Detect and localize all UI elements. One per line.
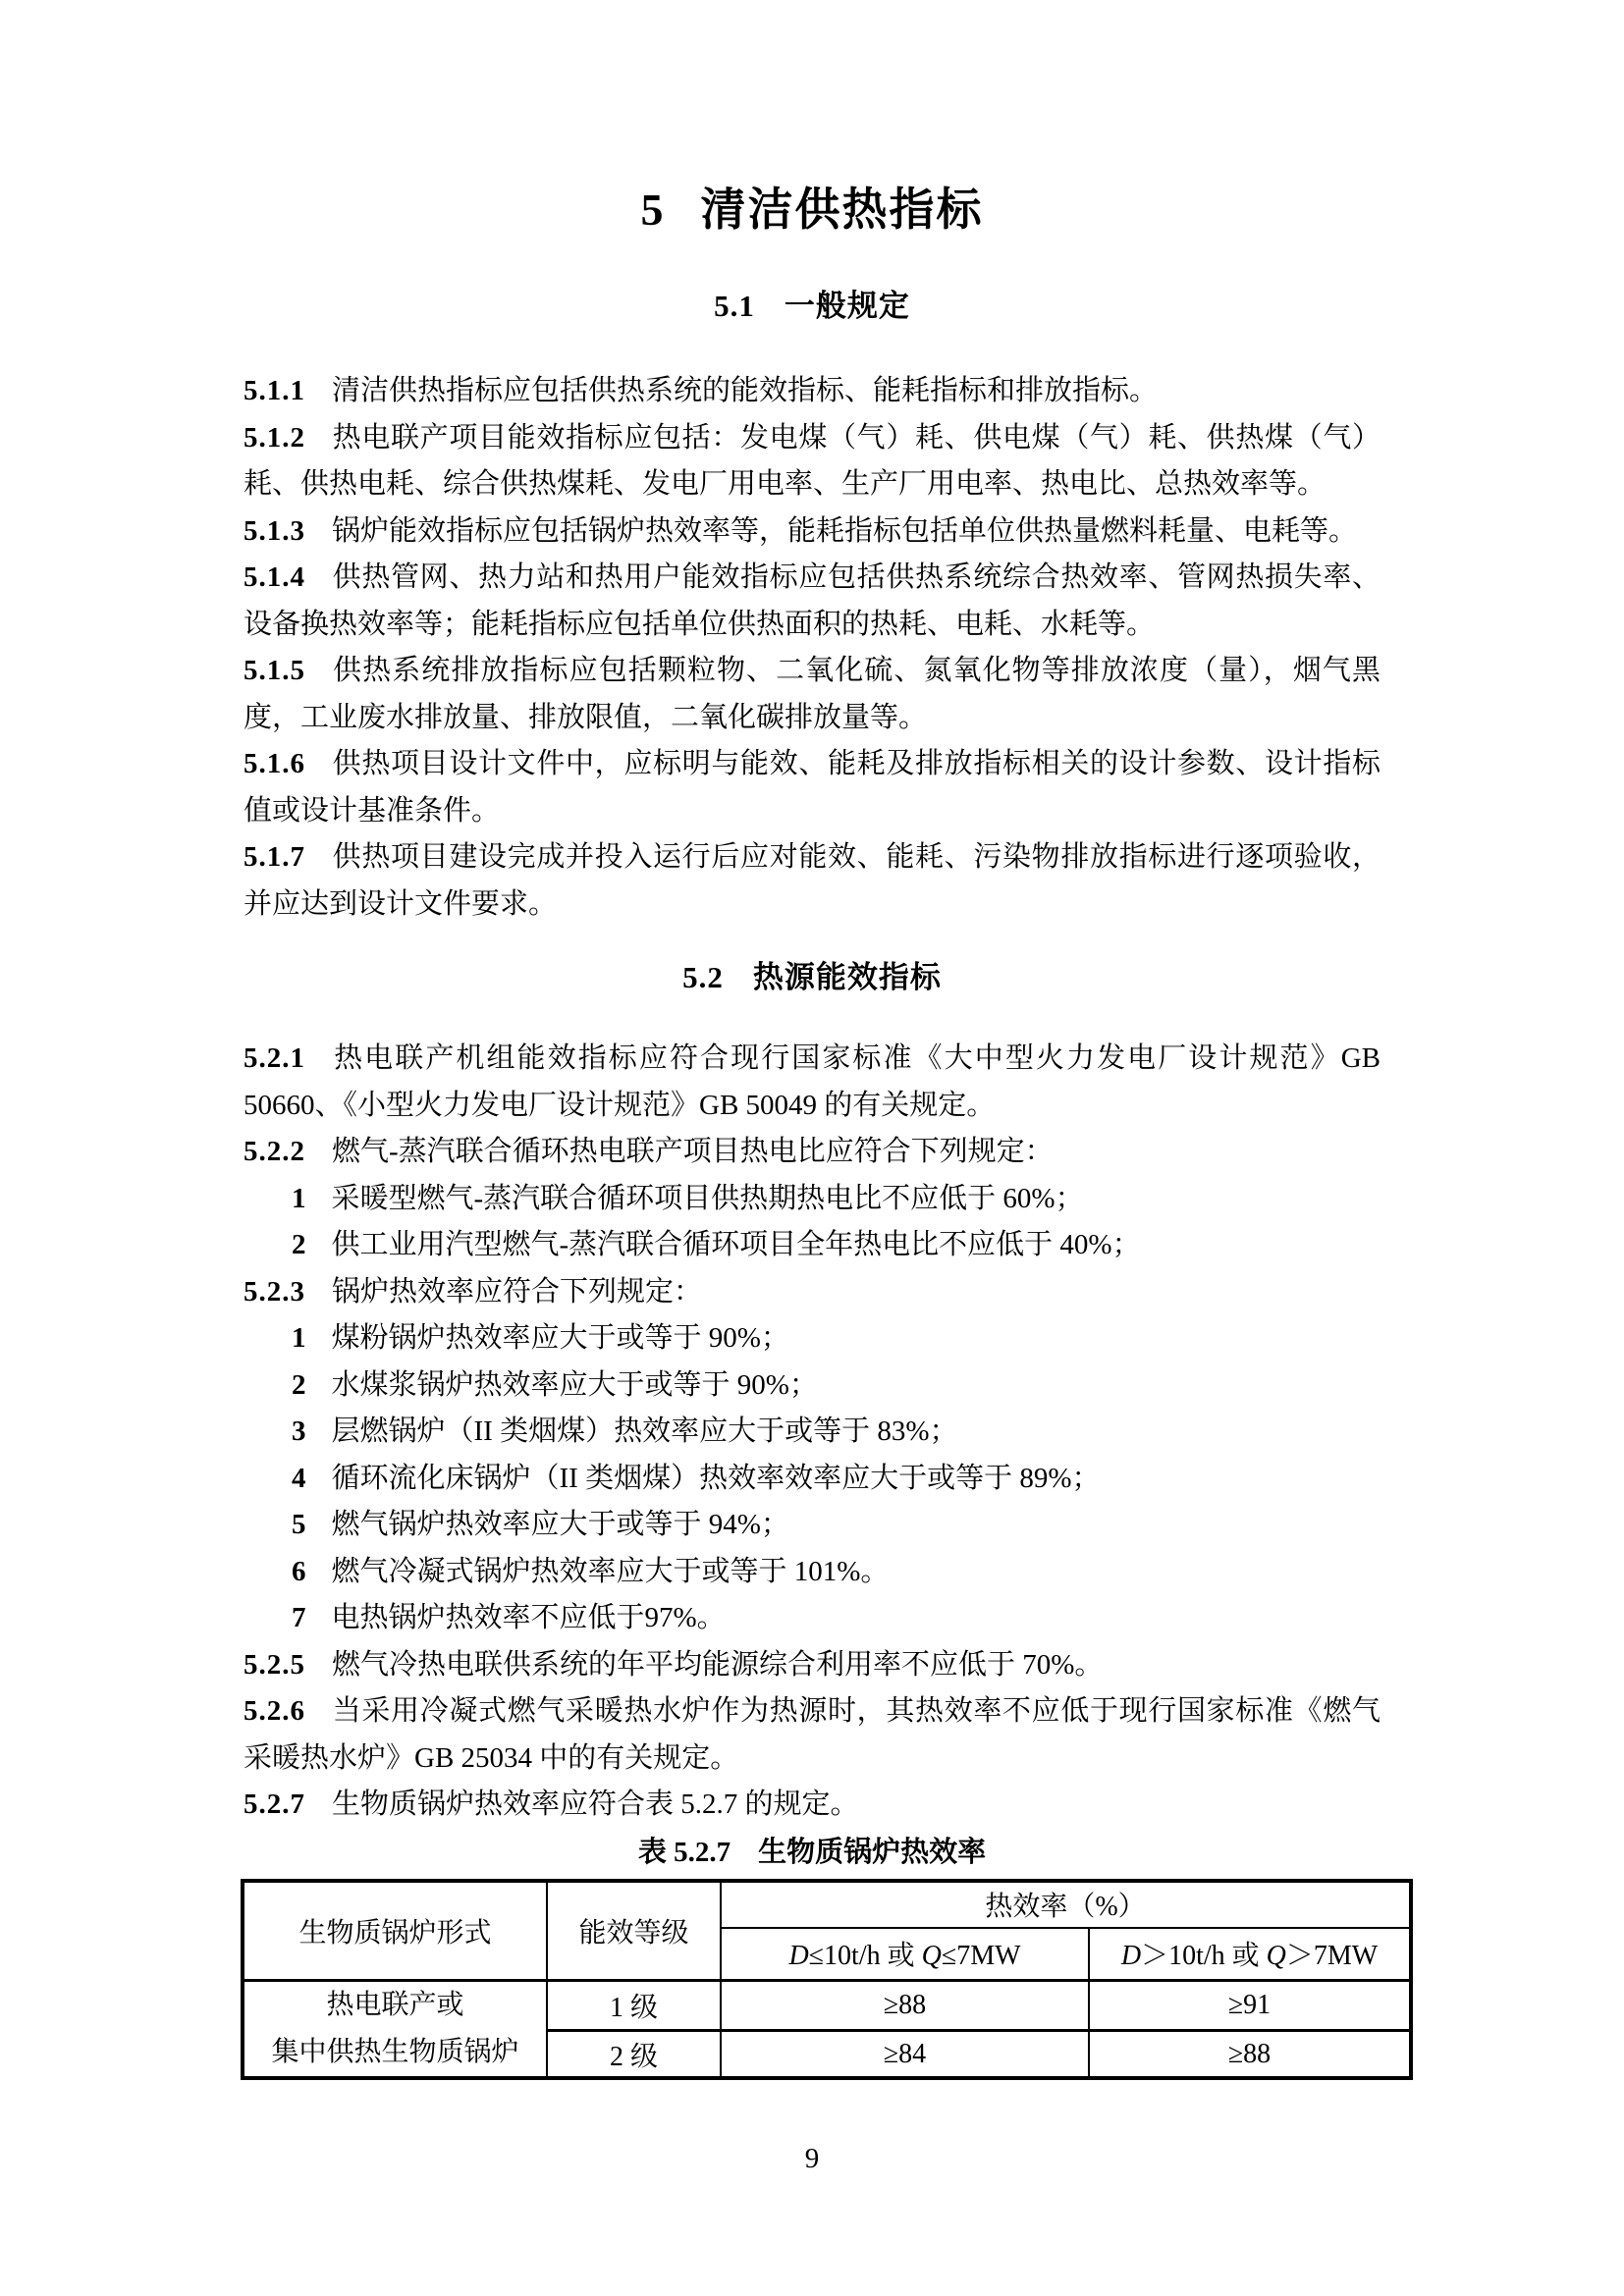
clause-text: 当采用冷凝式燃气采暖热水炉作为热源时，其热效率不应低于现行国家标准《燃气采暖热水… <box>244 1695 1380 1774</box>
clause-number: 5.1.6 <box>244 748 305 779</box>
clause-5-2-3-item-6: 6燃气冷凝式锅炉热效率应大于或等于 101%。 <box>244 1549 1380 1596</box>
subheader-text: ＞7MW <box>1286 1941 1378 1971</box>
clause-number: 5.1.3 <box>244 515 305 547</box>
chapter-heading: 5清洁供热指标 <box>244 183 1380 238</box>
clause-5-2-5: 5.2.5燃气冷热电联供系统的年平均能源综合利用率不应低于 70%。 <box>244 1642 1380 1689</box>
table-header-row: 生物质锅炉形式 能效等级 热效率（%） <box>243 1881 1411 1928</box>
cell-boiler-type: 热电联产或集中供热生物质锅炉 <box>243 1981 547 2079</box>
clause-5-2-2: 5.2.2燃气-蒸汽联合循环热电联产项目热电比应符合下列规定： <box>244 1129 1380 1176</box>
item-number: 1 <box>292 1183 306 1214</box>
subheader-small-capacity: D≤10t/h 或 Q≤7MW <box>721 1928 1089 1981</box>
cell-grade: 1 级 <box>547 1981 721 2031</box>
item-number: 2 <box>292 1229 306 1260</box>
table-row-grade-1: 热电联产或集中供热生物质锅炉 1 级 ≥88 ≥91 <box>243 1981 1411 2031</box>
clause-number: 5.2.1 <box>244 1042 305 1074</box>
clause-number: 5.2.7 <box>244 1789 305 1820</box>
clause-5-2-2-item-2: 2供工业用汽型燃气-蒸汽联合循环项目全年热电比不应低于 40%； <box>244 1222 1380 1269</box>
section-5-1-title: 一般规定 <box>785 289 910 323</box>
item-text: 电热锅炉热效率不应低于97%。 <box>332 1602 726 1633</box>
cell-efficiency-large: ≥88 <box>1089 2031 1411 2078</box>
item-text: 燃气锅炉热效率应大于或等于 94%； <box>332 1509 789 1540</box>
clause-5-1-5: 5.1.5供热系统排放指标应包括颗粒物、二氧化硫、氮氧化物等排放浓度（量），烟气… <box>244 648 1380 741</box>
item-text: 煤粉锅炉热效率应大于或等于 90%； <box>332 1322 789 1354</box>
cell-grade: 2 级 <box>547 2031 721 2078</box>
item-number: 5 <box>292 1509 306 1540</box>
clause-text: 热电联产项目能效指标应包括：发电煤（气）耗、供电煤（气）耗、供热煤（气）耗、供热… <box>244 422 1380 501</box>
header-boiler-type: 生物质锅炉形式 <box>243 1881 547 1981</box>
clause-5-1-7: 5.1.7供热项目建设完成并投入运行后应对能效、能耗、污染物排放指标进行逐项验收… <box>244 834 1380 928</box>
section-5-2-number: 5.2 <box>682 960 724 994</box>
clause-number: 5.2.2 <box>244 1136 305 1167</box>
subheader-text: ≤10t/h 或 <box>809 1941 922 1971</box>
clause-5-1-2: 5.1.2热电联产项目能效指标应包括：发电煤（气）耗、供电煤（气）耗、供热煤（气… <box>244 415 1380 508</box>
clause-5-1-6: 5.1.6供热项目设计文件中，应标明与能效、能耗及排放指标相关的设计参数、设计指… <box>244 741 1380 834</box>
page-content: 5清洁供热指标 5.1一般规定 5.1.1清洁供热指标应包括供热系统的能效指标、… <box>0 183 1412 2178</box>
section-5-1-number: 5.1 <box>714 289 755 323</box>
boiler-type-line-1: 热电联产或 <box>244 1982 546 2029</box>
item-text: 燃气冷凝式锅炉热效率应大于或等于 101%。 <box>332 1556 890 1587</box>
clause-text: 供热管网、热力站和热用户能效指标应包括供热系统综合热效率、管网热损失率、设备换热… <box>244 561 1380 640</box>
clause-5-1-4: 5.1.4供热管网、热力站和热用户能效指标应包括供热系统综合热效率、管网热损失率… <box>244 555 1380 648</box>
symbol-Q: Q <box>922 1941 942 1971</box>
table-caption: 表 5.2.7生物质锅炉热效率 <box>244 1832 1380 1873</box>
clause-5-2-3-item-2: 2水煤浆锅炉热效率应大于或等于 90%； <box>244 1362 1380 1410</box>
clause-text: 燃气冷热电联供系统的年平均能源综合利用率不应低于 70%。 <box>332 1649 1103 1681</box>
table-caption-number: 表 5.2.7 <box>638 1837 731 1868</box>
section-5-2-title: 热源能效指标 <box>753 960 942 994</box>
header-efficiency-grade: 能效等级 <box>547 1881 721 1981</box>
clause-number: 5.1.7 <box>244 841 305 873</box>
subheader-large-capacity: D＞10t/h 或 Q＞7MW <box>1089 1928 1411 1981</box>
clause-5-2-7: 5.2.7生物质锅炉热效率应符合表 5.2.7 的规定。 <box>244 1782 1380 1829</box>
clause-text: 热电联产机组能效指标应符合现行国家标准《大中型火力发电厂设计规范》GB 5066… <box>244 1042 1380 1121</box>
document-page: 5清洁供热指标 5.1一般规定 5.1.1清洁供热指标应包括供热系统的能效指标、… <box>0 0 1624 2296</box>
symbol-Q: Q <box>1267 1941 1286 1971</box>
item-number: 3 <box>292 1415 306 1447</box>
item-text: 层燃锅炉（II 类烟煤）热效率应大于或等于 83%； <box>332 1415 958 1447</box>
boiler-type-line-2: 集中供热生物质锅炉 <box>244 2029 546 2076</box>
clause-5-2-3-item-3: 3层燃锅炉（II 类烟煤）热效率应大于或等于 83%； <box>244 1409 1380 1456</box>
clause-5-2-3-item-1: 1煤粉锅炉热效率应大于或等于 90%； <box>244 1315 1380 1362</box>
item-number: 6 <box>292 1556 306 1587</box>
item-text: 采暖型燃气-蒸汽联合循环项目供热期热电比不应低于 60%； <box>332 1183 1084 1214</box>
clause-5-2-3-item-5: 5燃气锅炉热效率应大于或等于 94%； <box>244 1502 1380 1549</box>
clause-number: 5.2.3 <box>244 1276 305 1308</box>
clause-text: 清洁供热指标应包括供热系统的能效指标、能耗指标和排放指标。 <box>332 375 1158 406</box>
clause-number: 5.1.1 <box>244 375 305 406</box>
clause-text: 供热项目设计文件中，应标明与能效、能耗及排放指标相关的设计参数、设计指标值或设计… <box>244 748 1380 827</box>
subheader-text: ＞10t/h 或 <box>1141 1941 1267 1971</box>
item-number: 1 <box>292 1322 306 1354</box>
cell-efficiency-small: ≥84 <box>721 2031 1089 2078</box>
clause-text: 燃气-蒸汽联合循环热电联产项目热电比应符合下列规定： <box>332 1136 1054 1167</box>
clause-number: 5.1.4 <box>244 561 305 593</box>
chapter-number: 5 <box>641 185 666 235</box>
table-caption-title: 生物质锅炉热效率 <box>758 1837 986 1868</box>
clause-number: 5.1.2 <box>244 422 305 454</box>
subheader-text: ≤7MW <box>942 1941 1021 1971</box>
cell-efficiency-large: ≥91 <box>1089 1981 1411 2031</box>
item-text: 供工业用汽型燃气-蒸汽联合循环项目全年热电比不应低于 40%； <box>332 1229 1141 1260</box>
cell-efficiency-small: ≥88 <box>721 1981 1089 2031</box>
section-5-1-body: 5.1.1清洁供热指标应包括供热系统的能效指标、能耗指标和排放指标。 5.1.2… <box>244 368 1412 928</box>
clause-5-2-3-item-4: 4循环流化床锅炉（II 类烟煤）热效率效率应大于或等于 89%； <box>244 1456 1380 1503</box>
symbol-D: D <box>1121 1941 1141 1971</box>
item-text: 水煤浆锅炉热效率应大于或等于 90%； <box>332 1369 818 1401</box>
clause-5-2-2-item-1: 1采暖型燃气-蒸汽联合循环项目供热期热电比不应低于 60%； <box>244 1176 1380 1223</box>
item-number: 7 <box>292 1602 306 1633</box>
clause-5-2-3: 5.2.3锅炉热效率应符合下列规定： <box>244 1269 1380 1316</box>
header-thermal-efficiency: 热效率（%） <box>721 1881 1411 1928</box>
item-text: 循环流化床锅炉（II 类烟煤）热效率效率应大于或等于 89%； <box>332 1463 1101 1494</box>
clause-number: 5.1.5 <box>244 655 305 686</box>
section-5-2-heading: 5.2热源能效指标 <box>244 958 1380 997</box>
clause-text: 生物质锅炉热效率应符合表 5.2.7 的规定。 <box>332 1789 859 1820</box>
biomass-boiler-efficiency-table: 生物质锅炉形式 能效等级 热效率（%） D≤10t/h 或 Q≤7MW D＞10… <box>241 1879 1413 2081</box>
clause-text: 供热项目建设完成并投入运行后应对能效、能耗、污染物排放指标进行逐项验收，并应达到… <box>244 841 1380 920</box>
chapter-title: 清洁供热指标 <box>701 185 984 235</box>
clause-5-2-6: 5.2.6当采用冷凝式燃气采暖热水炉作为热源时，其热效率不应低于现行国家标准《燃… <box>244 1688 1380 1782</box>
clause-number: 5.2.5 <box>244 1649 305 1681</box>
item-number: 4 <box>292 1463 306 1494</box>
section-5-1-heading: 5.1一般规定 <box>244 287 1380 326</box>
clause-number: 5.2.6 <box>244 1695 305 1727</box>
clause-text: 锅炉能效指标应包括锅炉热效率等，能耗指标包括单位供热量燃料耗量、电耗等。 <box>332 515 1357 547</box>
clause-5-1-1: 5.1.1清洁供热指标应包括供热系统的能效指标、能耗指标和排放指标。 <box>244 368 1380 415</box>
clause-5-2-3-item-7: 7电热锅炉热效率不应低于97%。 <box>244 1595 1380 1642</box>
clause-text: 供热系统排放指标应包括颗粒物、二氧化硫、氮氧化物等排放浓度（量），烟气黑度，工业… <box>244 655 1380 733</box>
symbol-D: D <box>788 1941 808 1971</box>
section-5-2-body: 5.2.1热电联产机组能效指标应符合现行国家标准《大中型火力发电厂设计规范》GB… <box>244 1036 1412 1829</box>
clause-5-2-1: 5.2.1热电联产机组能效指标应符合现行国家标准《大中型火力发电厂设计规范》GB… <box>244 1036 1380 1129</box>
item-number: 2 <box>292 1369 306 1401</box>
clause-5-1-3: 5.1.3锅炉能效指标应包括锅炉热效率等，能耗指标包括单位供热量燃料耗量、电耗等… <box>244 508 1380 556</box>
clause-text: 锅炉热效率应符合下列规定： <box>332 1276 702 1308</box>
page-number: 9 <box>244 2139 1380 2178</box>
